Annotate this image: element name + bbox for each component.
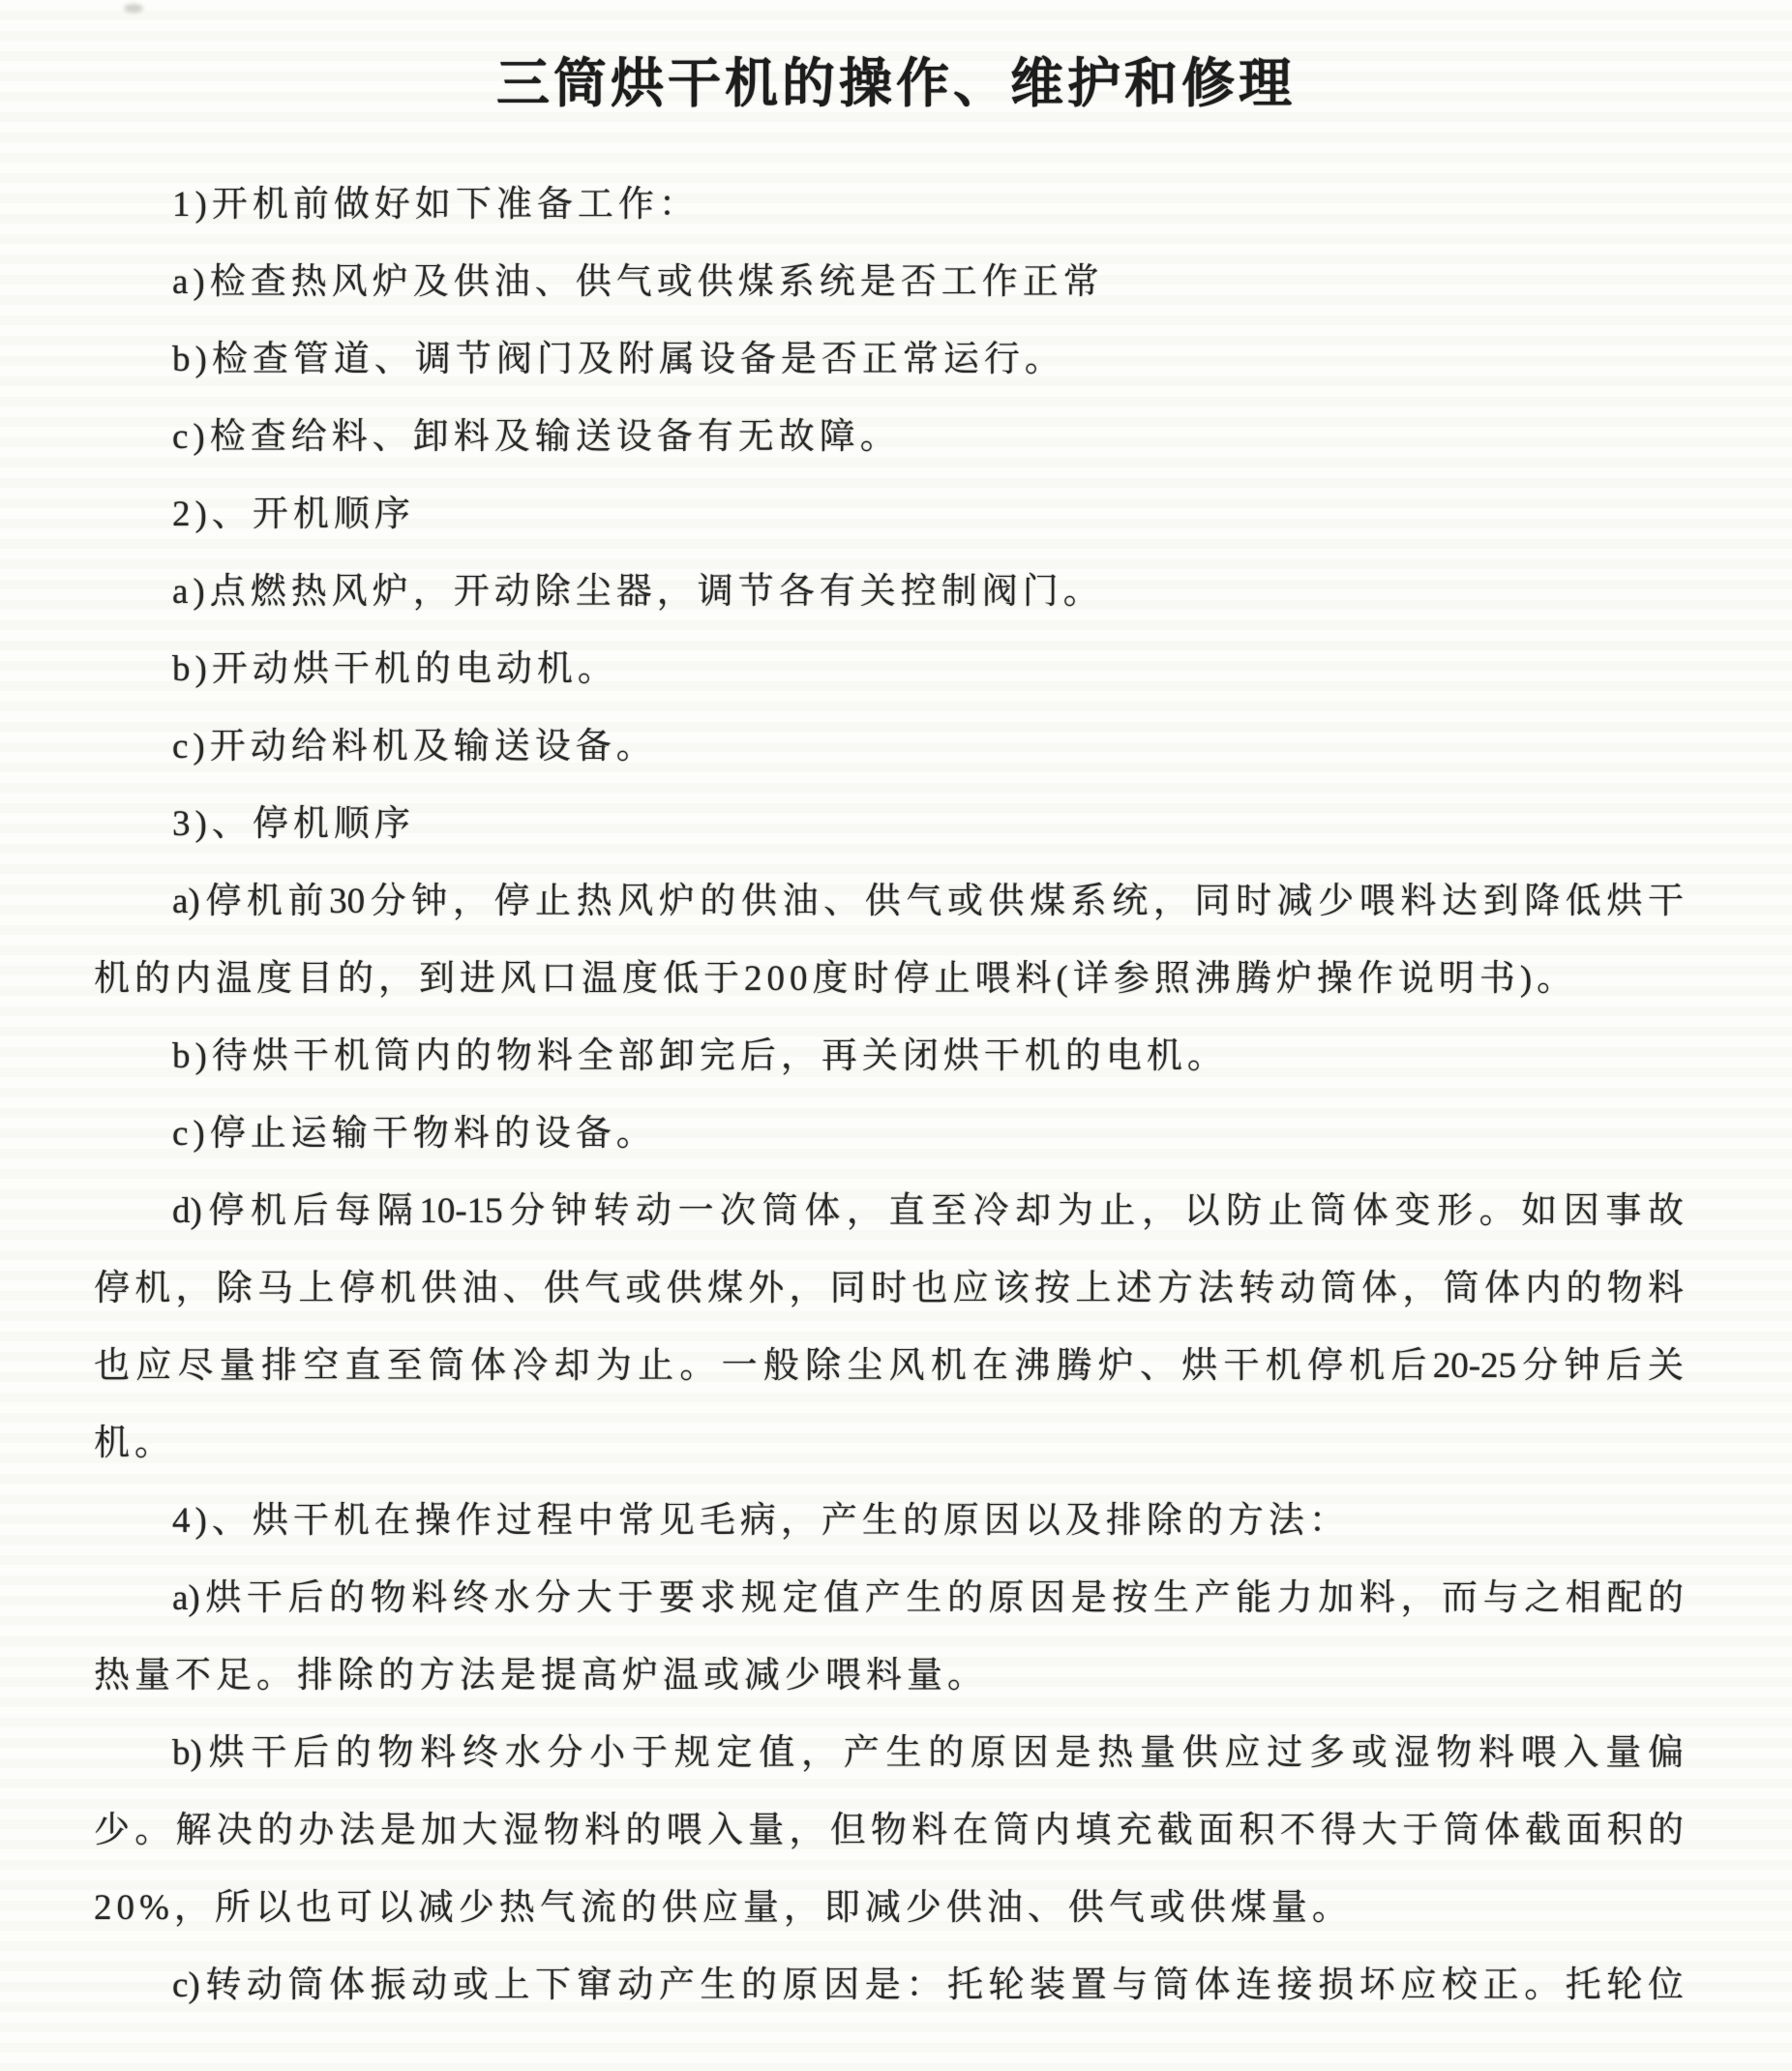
text-line: 4)、烘干机在操作过程中常见毛病，产生的原因以及排除的方法： (94, 1483, 1684, 1560)
text-line: c)检查给料、卸料及输送设备有无故障。 (94, 399, 1684, 476)
text-line: 热量不足。排除的方法是提高炉温或减少喂料量。 (94, 1637, 1684, 1715)
text-line: 停机，除马上停机供油、供气或供煤外，同时也应该按上述方法转动筒体，筒体内的物料 (94, 1250, 1684, 1328)
text-line: b)烘干后的物料终水分小于规定值，产生的原因是热量供应过多或湿物料喂入量偏 (94, 1715, 1684, 1792)
text-line: c)开动给料机及输送设备。 (94, 708, 1684, 786)
text-line: 2)、开机顺序 (94, 476, 1684, 554)
scan-smudge-mark (124, 4, 143, 13)
text-line: 也应尽量排空直至筒体冷却为止。一般除尘风机在沸腾炉、烘干机停机后20-25分钟后… (94, 1328, 1684, 1405)
text-line: c)停止运输干物料的设备。 (94, 1096, 1684, 1173)
text-line: a)停机前30分钟，停止热风炉的供油、供气或供煤系统，同时减少喂料达到降低烘干 (94, 863, 1684, 941)
text-line: 少。解决的办法是加大湿物料的喂入量，但物料在筒内填充截面积不得大于筒体截面积的 (94, 1792, 1684, 1870)
text-line: a)烘干后的物料终水分大于要求规定值产生的原因是按生产能力加料，而与之相配的 (94, 1560, 1684, 1637)
text-line: b)开动烘干机的电动机。 (94, 631, 1684, 708)
text-line: 1)开机前做好如下准备工作： (94, 166, 1684, 244)
text-line: 机。 (94, 1405, 1684, 1483)
text-line: 机的内温度目的，到进风口温度低于200度时停止喂料(详参照沸腾炉操作说明书)。 (94, 941, 1684, 1018)
text-line: a)点燃热风炉，开动除尘器，调节各有关控制阀门。 (94, 554, 1684, 631)
text-line: 3)、停机顺序 (94, 786, 1684, 863)
text-line: a)检查热风炉及供油、供气或供煤系统是否工作正常 (94, 244, 1684, 321)
text-line: c)转动筒体振动或上下窜动产生的原因是：托轮装置与筒体连接损坏应校正。托轮位 (94, 1947, 1684, 2025)
document-body: 1)开机前做好如下准备工作：a)检查热风炉及供油、供气或供煤系统是否工作正常b)… (94, 166, 1684, 2025)
document-page: 三筒烘干机的操作、维护和修理 1)开机前做好如下准备工作：a)检查热风炉及供油、… (0, 0, 1792, 2071)
text-line: d)停机后每隔10-15分钟转动一次筒体，直至冷却为止，以防止筒体变形。如因事故 (94, 1173, 1684, 1250)
document-title: 三筒烘干机的操作、维护和修理 (0, 0, 1792, 117)
text-line: 20%，所以也可以减少热气流的供应量，即减少供油、供气或供煤量。 (94, 1870, 1684, 1947)
text-line: b)检查管道、调节阀门及附属设备是否正常运行。 (94, 321, 1684, 399)
text-line: b)待烘干机筒内的物料全部卸完后，再关闭烘干机的电机。 (94, 1018, 1684, 1096)
